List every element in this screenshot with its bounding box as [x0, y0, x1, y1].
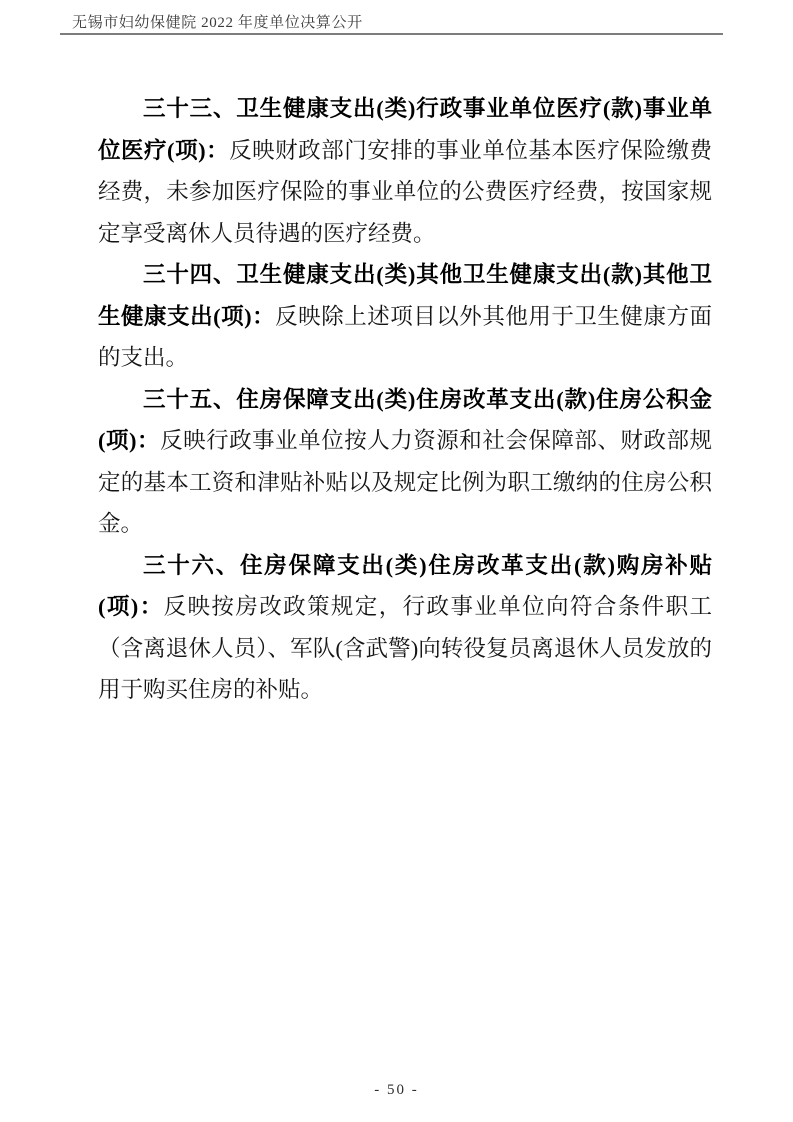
- paragraph-body: 反映按房改政策规定，行政事业单位向符合条件职工（含离退休人员）、军队(含武警)向…: [98, 594, 712, 702]
- paragraph-2: 三十四、卫生健康支出(类)其他卫生健康支出(款)其他卫生健康支出(项)：反映除上…: [98, 254, 712, 379]
- paragraph-3: 三十五、住房保障支出(类)住房改革支出(款)住房公积金(项)：反映行政事业单位按…: [98, 379, 712, 545]
- document-body: 三十三、卫生健康支出(类)行政事业单位医疗(款)事业单位医疗(项)：反映财政部门…: [98, 88, 712, 711]
- document-header-title: 无锡市妇幼保健院 2022 年度单位决算公开: [72, 11, 363, 32]
- paragraph-4: 三十六、住房保障支出(类)住房改革支出(款)购房补贴(项)：反映按房改政策规定，…: [98, 545, 712, 711]
- paragraph-body: 反映行政事业单位按人力资源和社会保障部、财政部规定的基本工资和津贴补贴以及规定比…: [98, 428, 712, 536]
- page-number: - 50 -: [0, 1082, 793, 1099]
- paragraph-1: 三十三、卫生健康支出(类)行政事业单位医疗(款)事业单位医疗(项)：反映财政部门…: [98, 88, 712, 254]
- header-rule: [60, 33, 723, 35]
- document-page: 无锡市妇幼保健院 2022 年度单位决算公开 三十三、卫生健康支出(类)行政事业…: [0, 0, 793, 1122]
